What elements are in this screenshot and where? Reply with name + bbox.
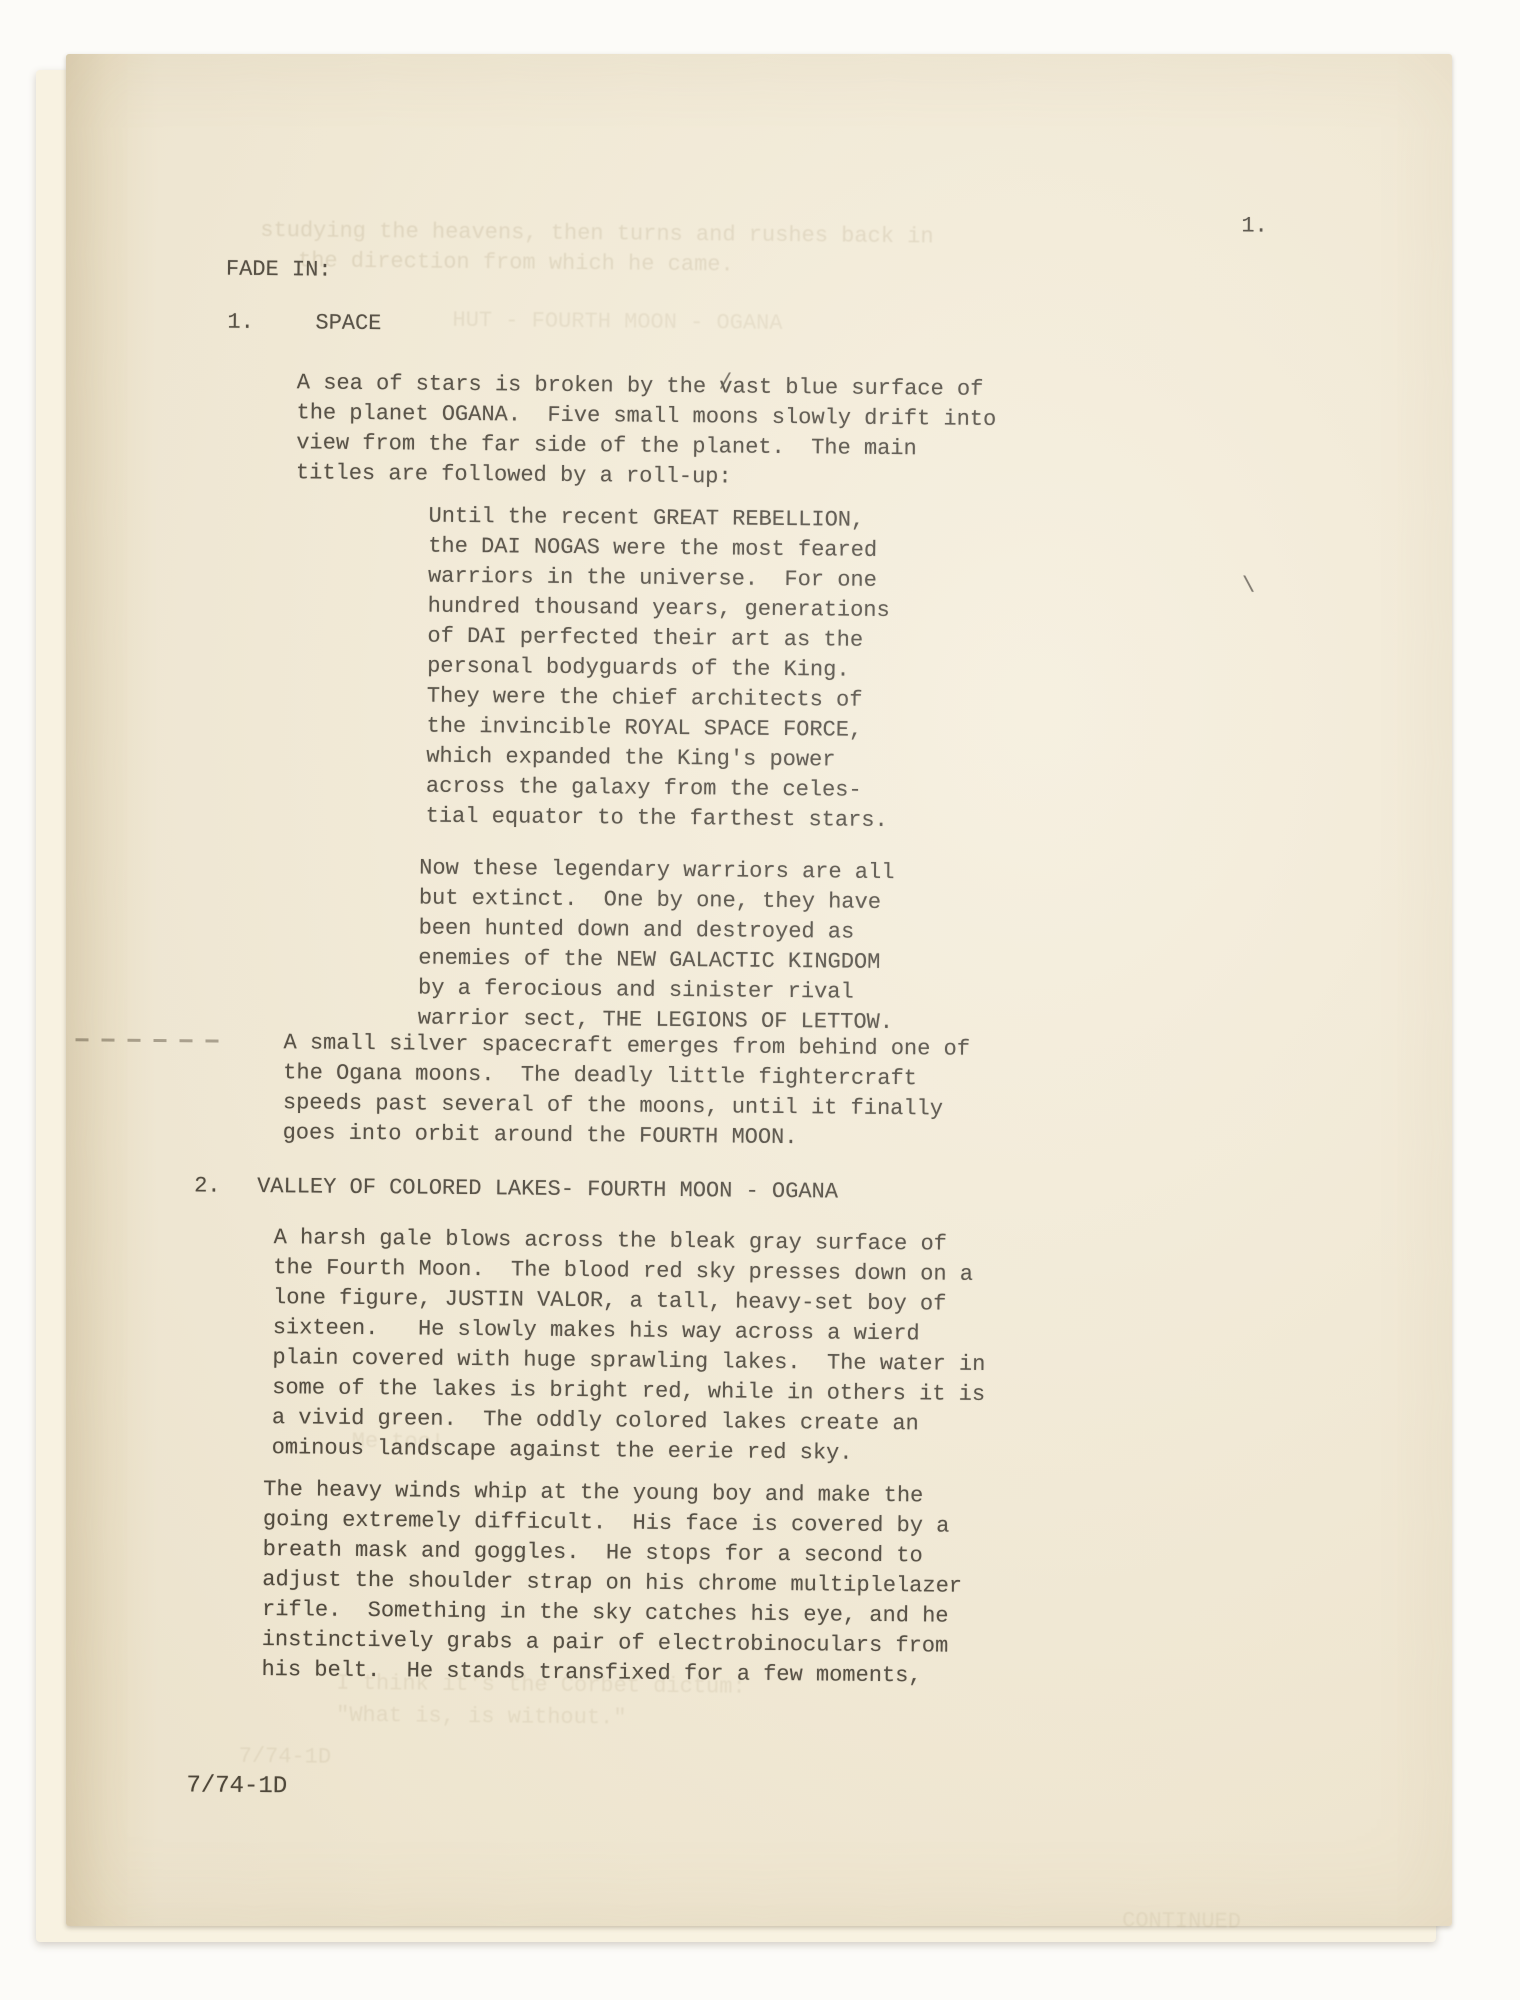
scene-1-action-paragraph: A sea of stars is broken by the vast blu… (296, 368, 997, 495)
bleed-through-footer-code: 7/74-1D (239, 1742, 332, 1773)
scene-1-heading: SPACE (315, 308, 381, 339)
footer-draft-code: 7/74-1D (186, 1771, 287, 1802)
script-line: tial equator to the farthest stars. (426, 802, 888, 836)
script-line: personal bodyguards of the King. (427, 652, 889, 686)
script-line: enemies of the NEW GALACTIC KINGDOM (418, 944, 894, 979)
script-line: by a ferocious and sinister rival (418, 974, 894, 1009)
script-page-sheet: studying the heavens, then turns and rus… (66, 54, 1452, 1926)
scene-1-number: 1. (227, 308, 254, 338)
scene-2-action-paragraph: A harsh gale blows across the bleak gray… (271, 1223, 986, 1470)
bleed-through-line: "What is, is without." (336, 1701, 627, 1734)
scene-2-action-paragraph-2: The heavy winds whip at the young boy an… (261, 1475, 963, 1692)
script-line: Until the recent GREAT REBELLION, (428, 502, 890, 536)
script-line: They were the chief architects of (427, 682, 889, 716)
photograph-of-script-page: studying the heavens, then turns and rus… (0, 0, 1520, 2000)
scene-1-action-paragraph-2: A small silver spacecraft emerges from b… (282, 1028, 970, 1155)
bleed-through-line: the direction from which he came. (298, 246, 734, 280)
script-line: of DAI perfected their art as the (427, 622, 889, 656)
bleed-through-heading: HUT - FOURTH MOON - OGANA (452, 306, 782, 339)
scene-2-heading: VALLEY OF COLORED LAKES- FOURTH MOON - O… (257, 1172, 838, 1208)
script-line: but extinct. One by one, they have (419, 884, 895, 919)
script-line: been hunted down and destroyed as (418, 914, 894, 949)
script-line: across the galaxy from the celes- (426, 772, 888, 806)
scene-2-number: 2. (194, 1171, 221, 1201)
page-number: 1. (1241, 211, 1268, 241)
bleed-through-continued: CONTINUED (1122, 1906, 1241, 1937)
script-line: warriors in the universe. For one (428, 562, 890, 596)
script-line: Now these legendary warriors are all (419, 854, 895, 889)
script-line: the invincible ROYAL SPACE FORCE, (426, 712, 888, 746)
script-line: which expanded the King's power (426, 742, 888, 776)
rollup-paragraph-2: Now these legendary warriors are allbut … (418, 854, 895, 1039)
rollup-paragraph-1: Until the recent GREAT REBELLION,the DAI… (426, 502, 891, 836)
fade-in-transition: FADE IN: (226, 255, 332, 286)
typewritten-text-layer: studying the heavens, then turns and rus… (48, 52, 1452, 1937)
script-line: hundred thousand years, generations (428, 592, 890, 626)
pen-dash-mark (76, 1038, 228, 1042)
script-line: the DAI NOGAS were the most feared (428, 532, 890, 566)
stray-typewriter-mark: \ (1242, 571, 1255, 601)
